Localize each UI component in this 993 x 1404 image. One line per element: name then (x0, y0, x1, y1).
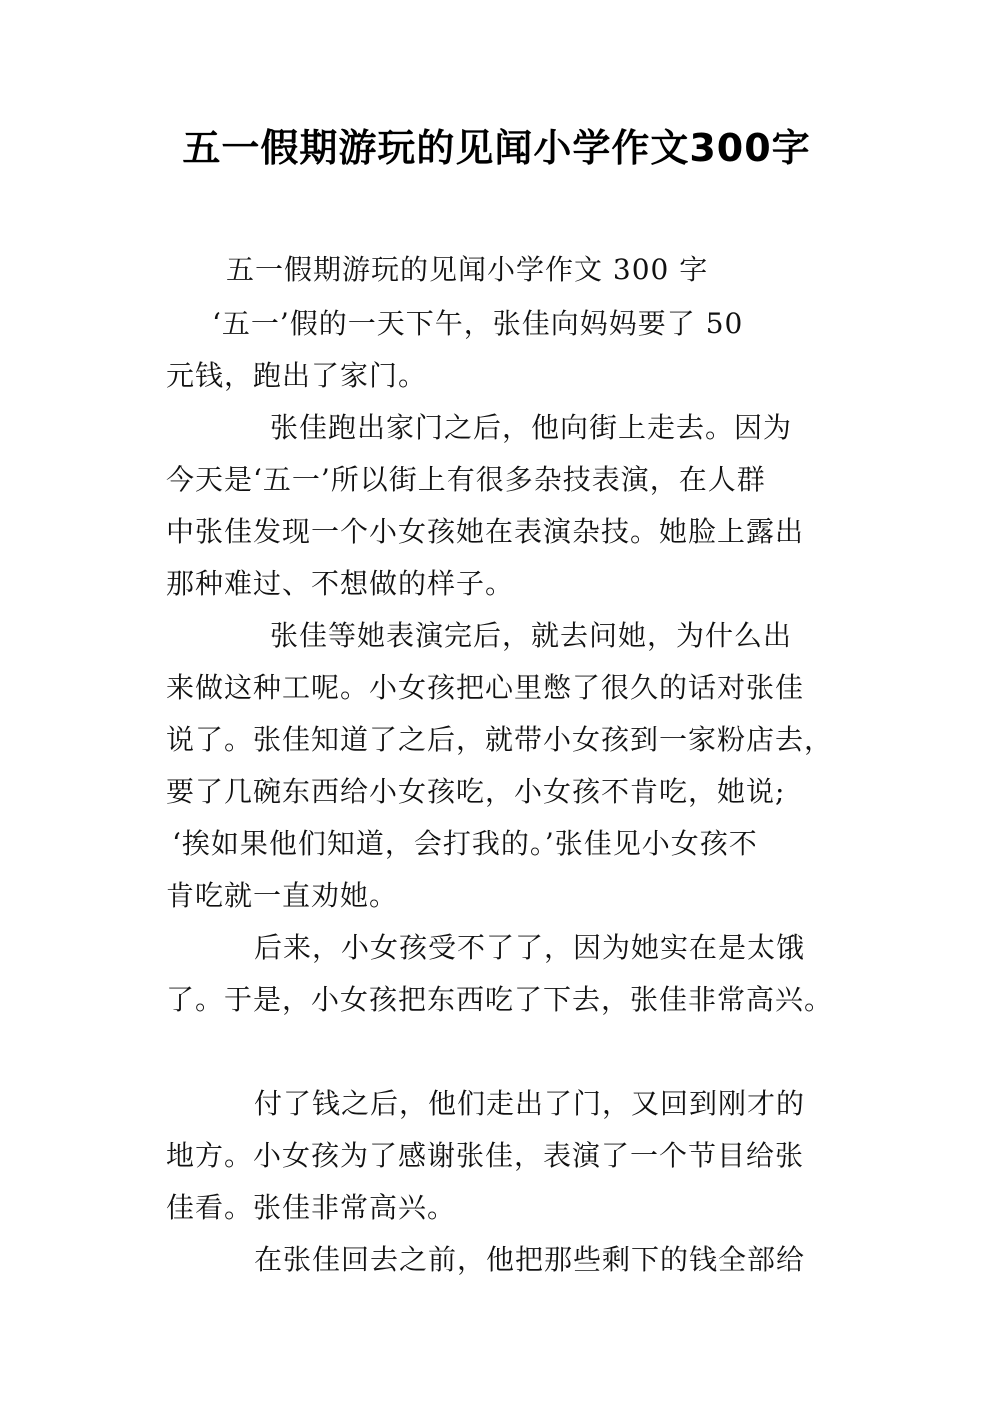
document-page: 五一假期游玩的见闻小学作文300字 五一假期游玩的见闻小学作文 300 字‘五一… (0, 0, 993, 1404)
paragraph-line: 中张佳发现一个小女孩她在表演杂技。她脸上露出 (166, 514, 804, 550)
paragraph-line: 张佳等她表演完后，就去问她，为什么出 (270, 618, 792, 654)
paragraph-line: 说了。张佳知道了之后，就带小女孩到一家粉店去， (166, 722, 833, 758)
paragraph-line: 佳看。张佳非常高兴。 (166, 1190, 456, 1226)
paragraph-line: 了。于是，小女孩把东西吃了下去，张佳非常高兴。 (166, 982, 833, 1018)
paragraph-line: 来做这种工呢。小女孩把心里憋了很久的话对张佳 (166, 670, 804, 706)
paragraph-line: 后来，小女孩受不了了，因为她实在是太饿 (254, 930, 805, 966)
paragraph-line: ‘挨如果他们知道，会打我的。’张佳见小女孩不 (172, 826, 758, 862)
paragraph-line: 付了钱之后，他们走出了门，又回到刚才的 (254, 1086, 805, 1122)
paragraph-line: 张佳跑出家门之后，他向街上走去。因为 (270, 410, 792, 446)
paragraph-line: 元钱，跑出了家门。 (166, 358, 427, 394)
paragraph-line: 肯吃就一直劝她。 (166, 878, 398, 914)
document-title: 五一假期游玩的见闻小学作文300字 (0, 122, 993, 174)
paragraph-line: ‘五一’假的一天下午，张佳向妈妈要了 50 (212, 306, 743, 342)
paragraph-line: 要了几碗东西给小女孩吃，小女孩不肯吃，她说; (166, 774, 785, 810)
paragraph-line: 地方。小女孩为了感谢张佳，表演了一个节目给张 (166, 1138, 804, 1174)
paragraph-line: 今天是‘五一’所以街上有很多杂技表演，在人群 (166, 462, 766, 498)
paragraph-line: 在张佳回去之前，他把那些剩下的钱全部给 (254, 1242, 805, 1278)
paragraph-line: 那种难过、不想做的样子。 (166, 566, 514, 602)
paragraph-line: 五一假期游玩的见闻小学作文 300 字 (226, 252, 708, 288)
